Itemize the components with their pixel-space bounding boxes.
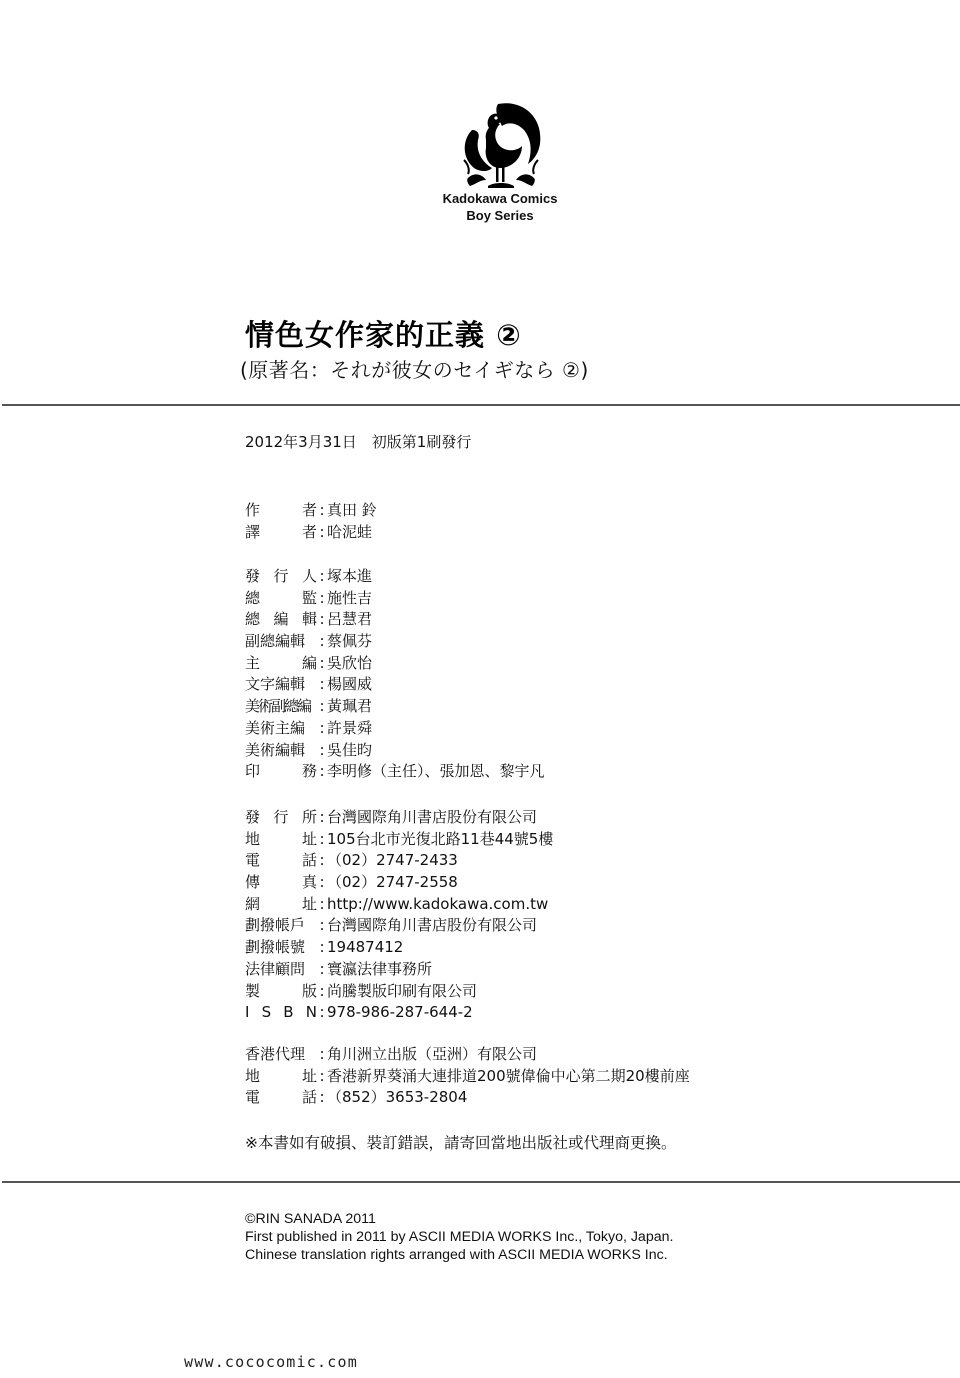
divider-bottom — [2, 1181, 960, 1183]
credit-label: 總監 — [245, 588, 317, 610]
first-published-line: First published in 2011 by ASCII MEDIA W… — [245, 1228, 673, 1246]
credit-label: 地址 — [245, 1066, 317, 1088]
credit-value: 香港新界葵涌大連排道200號偉倫中心第二期20樓前座 — [327, 1066, 690, 1088]
credit-value: 施性吉 — [327, 588, 372, 610]
credit-value: 李明修（主任）、張加恩、黎宇凡 — [327, 761, 545, 783]
credit-label: 文字編輯 — [245, 674, 317, 696]
credit-label: 傳真 — [245, 872, 317, 894]
credit-value: 台灣國際角川書店股份有限公司 — [327, 807, 537, 829]
credit-value: 台灣國際角川書店股份有限公司 — [327, 915, 537, 937]
translation-rights-line: Chinese translation rights arranged with… — [245, 1246, 673, 1264]
credit-row: 作者:真田 鈴 — [245, 500, 377, 522]
credit-label: 美術主編 — [245, 718, 317, 740]
credit-label: 香港代理 — [245, 1044, 317, 1066]
credit-value: 吳欣怡 — [327, 653, 372, 675]
credit-value: 呂慧君 — [327, 609, 372, 631]
credit-value: 105台北市光復北路11巷44號5樓 — [327, 829, 553, 851]
phoenix-emblem-icon — [458, 100, 544, 192]
credit-value: 尚騰製版印刷有限公司 — [327, 981, 477, 1003]
credit-label: 印務 — [245, 761, 317, 783]
credit-row: 劃撥帳號:19487412 — [245, 937, 553, 959]
credit-colon: : — [317, 850, 327, 872]
brand-series: Boy Series — [0, 208, 960, 223]
credit-colon: : — [317, 522, 327, 544]
credit-label: ISBN — [245, 1002, 317, 1024]
credit-label: 美術編輯 — [245, 740, 317, 762]
credit-colon: : — [317, 609, 327, 631]
credit-value: 寰瀛法律事務所 — [327, 959, 432, 981]
credit-value: （02）2747-2433 — [327, 850, 458, 872]
copyright-line: ©RIN SANADA 2011 — [245, 1210, 673, 1228]
credit-label: 發行人 — [245, 566, 317, 588]
credit-value: （852）3653-2804 — [327, 1087, 467, 1109]
credit-colon: : — [317, 894, 327, 916]
credit-label: 副總編輯 — [245, 631, 317, 653]
credit-label: 電話 — [245, 850, 317, 872]
credit-label: 作者 — [245, 500, 317, 522]
credit-label: 美術副總編 — [245, 696, 317, 718]
credit-value: 978-986-287-644-2 — [327, 1002, 473, 1024]
credit-value: 黃珮君 — [327, 696, 372, 718]
credit-row: 發行人:塚本進 — [245, 566, 545, 588]
credit-row: 美術主編:許景舜 — [245, 718, 545, 740]
credit-value: 塚本進 — [327, 566, 372, 588]
credit-row: 譯者:哈泥蛙 — [245, 522, 377, 544]
credit-row: 電話:（852）3653-2804 — [245, 1087, 690, 1109]
book-title: 情色女作家的正義 ② — [245, 313, 522, 354]
credit-colon: : — [317, 696, 327, 718]
watermark-link[interactable]: www.cococomic.com — [184, 1353, 358, 1371]
credit-colon: : — [317, 718, 327, 740]
credit-row: 美術副總編:黃珮君 — [245, 696, 545, 718]
credit-colon: : — [317, 740, 327, 762]
credit-row: 副總編輯:蔡佩芬 — [245, 631, 545, 653]
credit-label: 劃撥帳號 — [245, 937, 317, 959]
credit-value: 許景舜 — [327, 718, 372, 740]
credit-row: 傳真:（02）2747-2558 — [245, 872, 553, 894]
credit-colon: : — [317, 937, 327, 959]
credit-row: 劃撥帳戶:台灣國際角川書店股份有限公司 — [245, 915, 553, 937]
author-credits: 作者:真田 鈴譯者:哈泥蛙 — [245, 500, 377, 543]
credit-colon: : — [317, 500, 327, 522]
credit-colon: : — [317, 674, 327, 696]
credit-colon: : — [317, 1066, 327, 1088]
credit-value: 吳佳昀 — [327, 740, 372, 762]
credit-colon: : — [317, 588, 327, 610]
credit-colon: : — [317, 1087, 327, 1109]
credit-row: 美術編輯:吳佳昀 — [245, 740, 545, 762]
credit-row: 網址:http://www.kadokawa.com.tw — [245, 894, 553, 916]
edition-date: 2012年3月31日 初版第1刷發行 — [245, 431, 471, 452]
credit-value: http://www.kadokawa.com.tw — [327, 894, 548, 916]
credit-colon: : — [317, 1044, 327, 1066]
credit-value: 角川洲立出版（亞洲）有限公司 — [327, 1044, 537, 1066]
credit-value: （02）2747-2558 — [327, 872, 458, 894]
credit-value: 哈泥蛙 — [327, 522, 372, 544]
credit-label: 地址 — [245, 829, 317, 851]
credit-colon: : — [317, 915, 327, 937]
divider-top — [2, 404, 960, 406]
credit-colon: : — [317, 761, 327, 783]
credit-label: 製版 — [245, 981, 317, 1003]
credit-row: 主編:吳欣怡 — [245, 653, 545, 675]
staff-credits: 發行人:塚本進總監:施性吉總編輯:呂慧君副總編輯:蔡佩芬主編:吳欣怡文字編輯:楊… — [245, 566, 545, 783]
credit-row: ISBN:978-986-287-644-2 — [245, 1002, 553, 1024]
credit-value: 蔡佩芬 — [327, 631, 372, 653]
credit-value: 19487412 — [327, 937, 403, 959]
credit-colon: : — [317, 959, 327, 981]
credit-colon: : — [317, 981, 327, 1003]
replacement-notice: ※本書如有破損、裝訂錯誤，請寄回當地出版社或代理商更換。 — [245, 1131, 677, 1153]
credit-value: 真田 鈴 — [327, 500, 377, 522]
credit-colon: : — [317, 807, 327, 829]
publisher-info: 發行所:台灣國際角川書店股份有限公司地址:105台北市光復北路11巷44號5樓電… — [245, 807, 553, 1024]
credit-row: 香港代理:角川洲立出版（亞洲）有限公司 — [245, 1044, 690, 1066]
credit-label: 網址 — [245, 894, 317, 916]
credit-row: 印務:李明修（主任）、張加恩、黎宇凡 — [245, 761, 545, 783]
credit-label: 發行所 — [245, 807, 317, 829]
credit-row: 文字編輯:楊國威 — [245, 674, 545, 696]
original-title: (原著名：それが彼女のセイギなら ②) — [240, 354, 589, 383]
credit-label: 總編輯 — [245, 609, 317, 631]
credit-row: 總監:施性吉 — [245, 588, 545, 610]
credit-label: 譯者 — [245, 522, 317, 544]
credit-label: 電話 — [245, 1087, 317, 1109]
copyright-block: ©RIN SANADA 2011 First published in 2011… — [245, 1210, 673, 1264]
credit-row: 製版:尚騰製版印刷有限公司 — [245, 981, 553, 1003]
credit-label: 主編 — [245, 653, 317, 675]
credit-label: 法律顧問 — [245, 959, 317, 981]
credit-colon: : — [317, 872, 327, 894]
credit-row: 地址:香港新界葵涌大連排道200號偉倫中心第二期20樓前座 — [245, 1066, 690, 1088]
credit-colon: : — [317, 1002, 327, 1024]
brand-name: Kadokawa Comics — [0, 191, 960, 206]
credit-row: 總編輯:呂慧君 — [245, 609, 545, 631]
credit-colon: : — [317, 566, 327, 588]
credit-row: 電話:（02）2747-2433 — [245, 850, 553, 872]
hk-agent-info: 香港代理:角川洲立出版（亞洲）有限公司地址:香港新界葵涌大連排道200號偉倫中心… — [245, 1044, 690, 1109]
credit-row: 發行所:台灣國際角川書店股份有限公司 — [245, 807, 553, 829]
credit-row: 地址:105台北市光復北路11巷44號5樓 — [245, 829, 553, 851]
credit-value: 楊國威 — [327, 674, 372, 696]
credit-colon: : — [317, 829, 327, 851]
credit-row: 法律顧問:寰瀛法律事務所 — [245, 959, 553, 981]
credit-colon: : — [317, 631, 327, 653]
credit-colon: : — [317, 653, 327, 675]
credit-label: 劃撥帳戶 — [245, 915, 317, 937]
